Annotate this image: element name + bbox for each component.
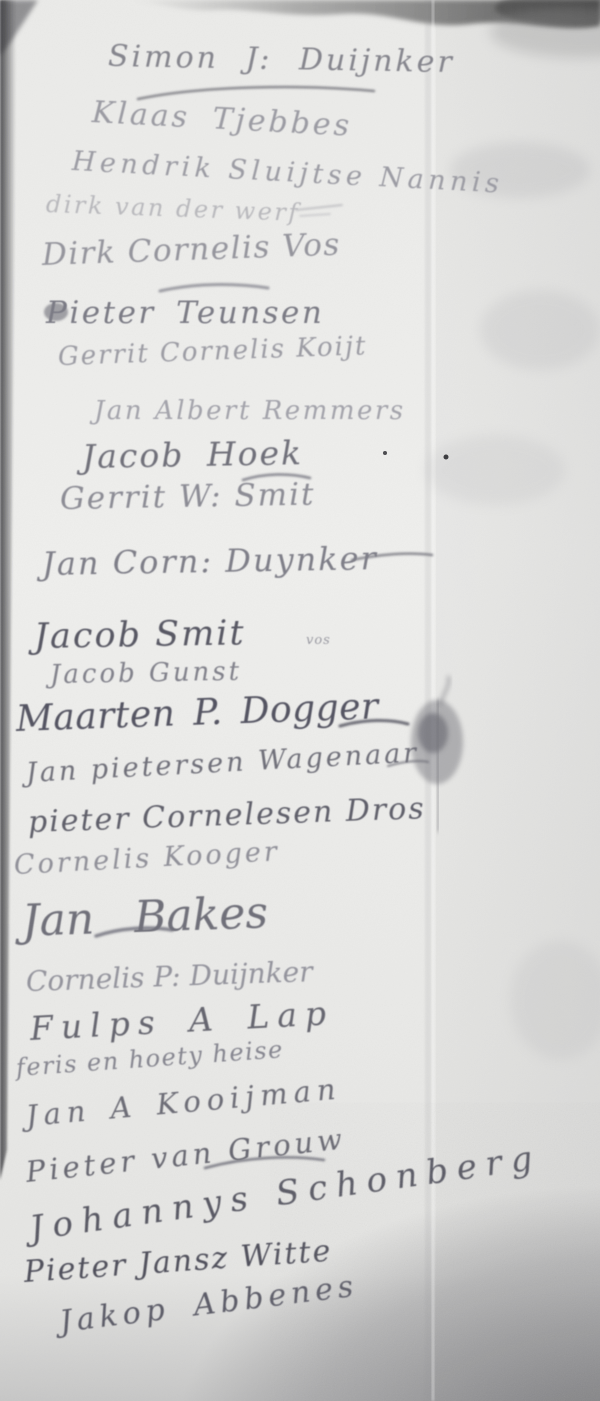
signature-line: Dirk Cornelis Vos [41,230,341,271]
signature-line: Jan Corn: Duynker [42,542,378,580]
signature-line: dirk van der werf [46,192,301,225]
left-edge-shadow [0,0,16,1180]
signature-line: Jacob Smit [34,616,246,655]
signature-line: pieter Cornelesen Dros [27,794,426,838]
signature-line: Gerrit Cornelis Koijt [58,333,368,370]
signature-line: Jan A Kooijman [25,1074,343,1130]
signature-line: Hendrik Sluijtse Nannis [71,148,504,198]
signature-line: Gerrit W: Smit [60,480,316,515]
signature-line: Jacob Hoek [82,436,304,473]
marginal-note: vos [306,634,331,647]
signature-line: Jan Albert Remmers [94,398,406,424]
ink-dots [383,451,449,460]
fold-crease [425,0,600,1401]
signature-line: Maarten P. Dogger [15,689,379,738]
signature-line: Jacob Gunst [50,659,243,688]
signature-line: Jan Bakes [21,891,268,944]
signature-line: Simon J: Duijnker [108,42,455,78]
scanned-document-page: Simon J: Duijnker Klaas Tjebbes Hendrik … [0,0,600,1401]
signature-line: Jan pietersen Wagenaar [25,739,419,787]
paper-smudges [425,142,600,1060]
signature-line: Fulps A Lap [29,996,335,1045]
top-left-corner-shadow [0,0,38,56]
signature-line: Pieter Teunsen [46,298,324,329]
signature-line: Klaas Tjebbes [91,98,353,142]
signature-line: Cornelis P: Duijnker [26,958,314,996]
signature-line: Cornelis Kooger [13,838,280,879]
